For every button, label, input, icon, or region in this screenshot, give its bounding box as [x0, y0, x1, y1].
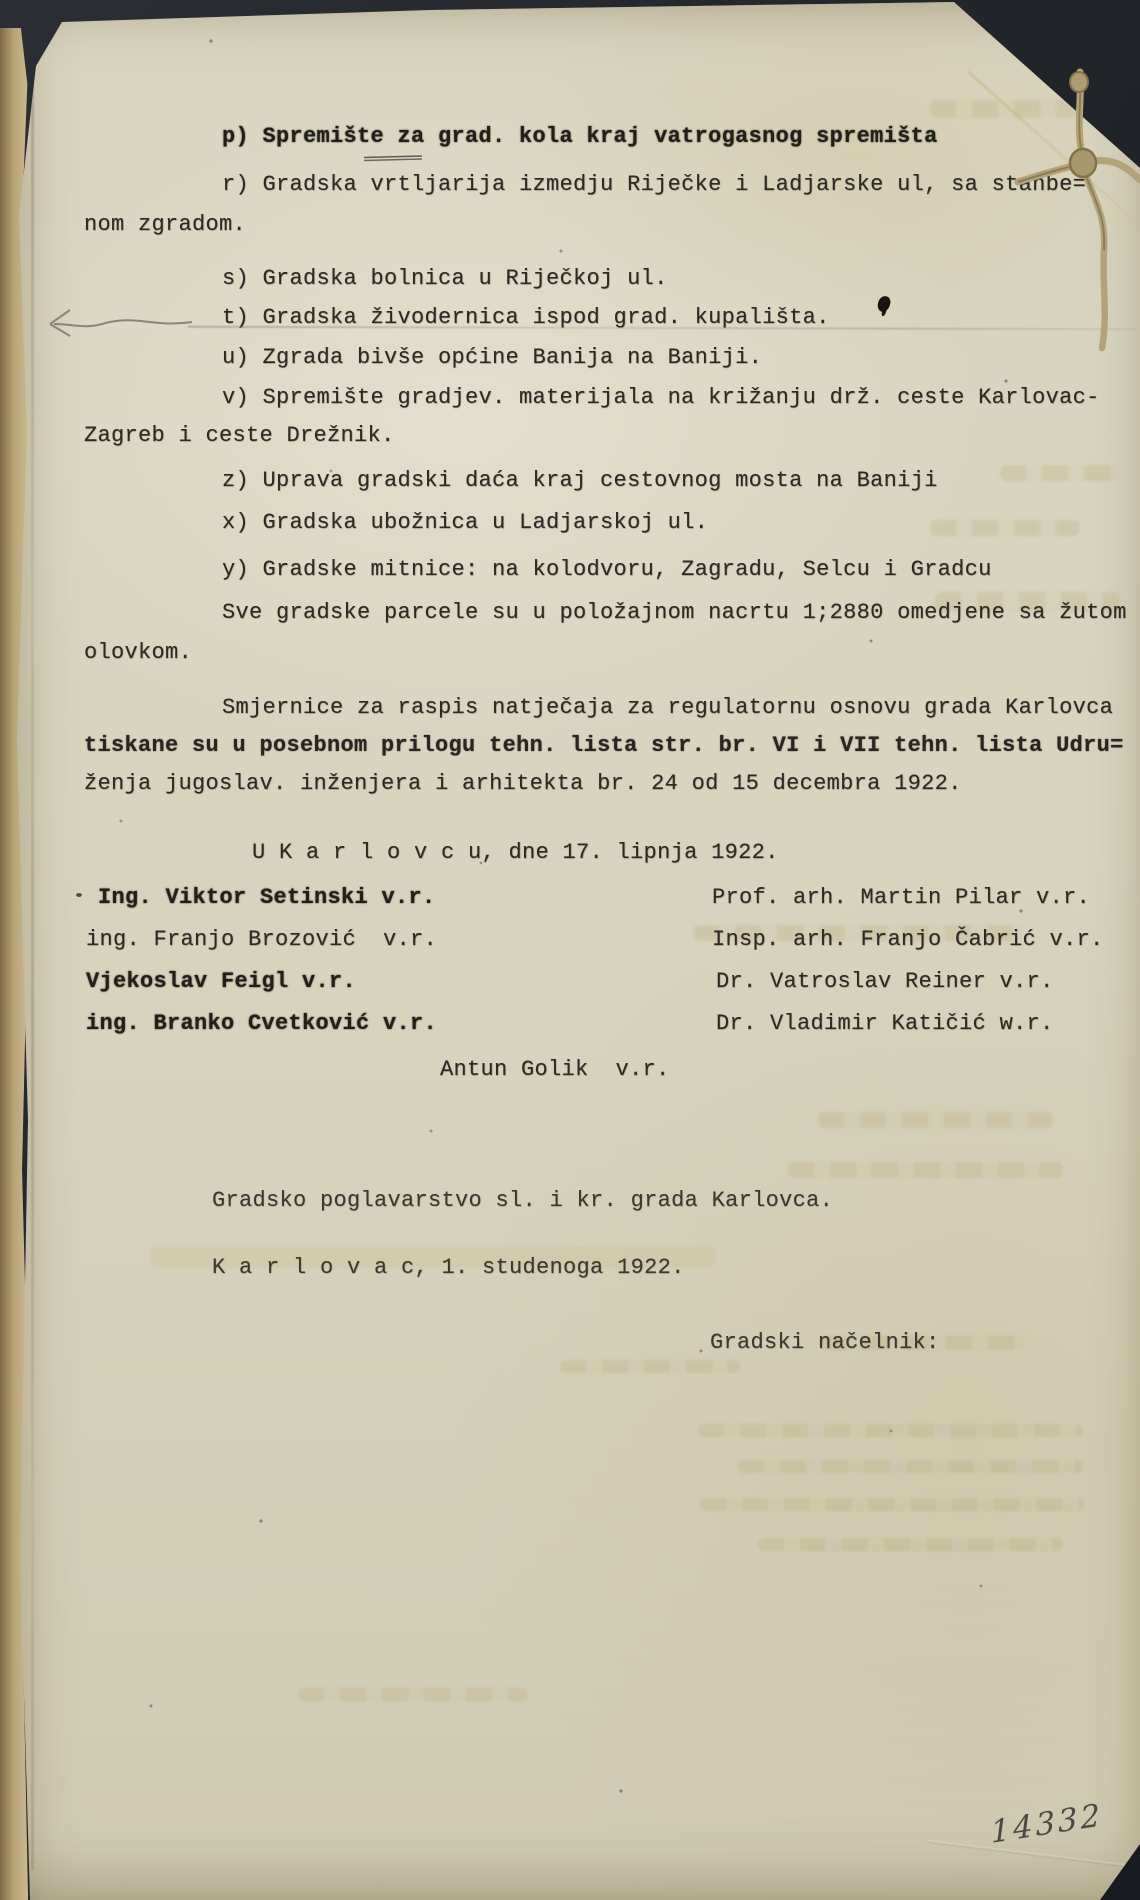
list-item-u: u) Zgrada bivše općine Banija na Baniji. — [222, 345, 762, 371]
archive-number-handwritten: 14332 — [990, 1797, 1104, 1851]
signature-left-2: ing. Franjo Brozović v.r. — [86, 927, 437, 953]
signature-left-3: Vjekoslav Feigl v.r. — [86, 969, 356, 995]
show-through-stain — [758, 1538, 1063, 1551]
dust-specks — [0, 0, 2, 2]
show-through-stain — [1000, 465, 1120, 481]
ink-blot-mark — [876, 295, 892, 313]
show-through-stain — [738, 1460, 1083, 1473]
signature-right-4: Dr. Vladimir Katičić w.r. — [716, 1011, 1054, 1037]
closing-office-line: Gradsko poglavarstvo sl. i kr. grada Kar… — [212, 1188, 833, 1214]
paragraph-smjernice-line3: ženja jugoslav. inženjera i arhitekta br… — [84, 771, 962, 797]
list-item-r-continuation: nom zgradom. — [84, 212, 246, 238]
list-item-y: y) Gradske mitnice: na kolodvoru, Zagrad… — [222, 557, 992, 583]
show-through-stain — [698, 1424, 1083, 1437]
paragraph-parcele-line2: olovkom. — [84, 640, 192, 666]
signature-right-1: Prof. arh. Martin Pilar v.r. — [712, 885, 1090, 911]
signature-left-4: ing. Branko Cvetković v.r. — [86, 1011, 437, 1037]
list-item-v-continuation: Zagreb i ceste Drežnik. — [84, 423, 395, 449]
closing-title-line: Gradski načelnik: — [710, 1330, 940, 1356]
paragraph-smjernice-line2: tiskane su u posebnom prilogu tehn. list… — [84, 733, 1124, 759]
list-item-r: r) Gradska vrtljarija izmedju Riječke i … — [222, 172, 1086, 198]
show-through-stain — [700, 1498, 1085, 1511]
document-scan: p) Spremište za grad. kola kraj vatrogas… — [0, 0, 1140, 1900]
list-item-x: x) Gradska ubožnica u Ladjarskoj ul. — [222, 510, 708, 536]
paper-sheet: p) Spremište za grad. kola kraj vatrogas… — [0, 0, 1140, 1900]
list-item-z: z) Uprava gradski daća kraj cestovnog mo… — [222, 468, 938, 494]
show-through-stain — [818, 1112, 1053, 1128]
paragraph-parcele-line1: Sve gradske parcele su u položajnom nacr… — [222, 600, 1127, 626]
binding-thread — [990, 30, 1140, 360]
pencil-arrow-mark — [44, 300, 194, 344]
signature-right-2: Insp. arh. Franjo Čabrić v.r. — [712, 927, 1104, 953]
dateline: U K a r l o v c u, dne 17. lipnja 1922. — [252, 840, 779, 866]
show-through-stain — [930, 520, 1080, 536]
signature-right-3: Dr. Vatroslav Reiner v.r. — [716, 969, 1054, 995]
torn-edge-line — [31, 60, 34, 1870]
pencil-underline-mark — [364, 155, 422, 163]
show-through-stain — [788, 1162, 1063, 1178]
show-through-stain — [298, 1688, 528, 1701]
closing-place-date-line: K a r l o v a c, 1. studenoga 1922. — [212, 1255, 685, 1281]
list-item-s: s) Gradska bolnica u Riječkoj ul. — [222, 266, 668, 292]
signature-left-1: Ing. Viktor Setinski v.r. — [98, 885, 436, 911]
signature-center: Antun Golik v.r. — [440, 1057, 670, 1083]
pencil-dot-mark — [76, 893, 82, 897]
list-item-p: p) Spremište za grad. kola kraj vatrogas… — [222, 124, 938, 150]
list-item-v: v) Spremište gradjev. materijala na križ… — [222, 385, 1100, 411]
show-through-stain — [560, 1360, 740, 1373]
paragraph-smjernice-line1: Smjernice za raspis natječaja za regulat… — [222, 695, 1113, 721]
